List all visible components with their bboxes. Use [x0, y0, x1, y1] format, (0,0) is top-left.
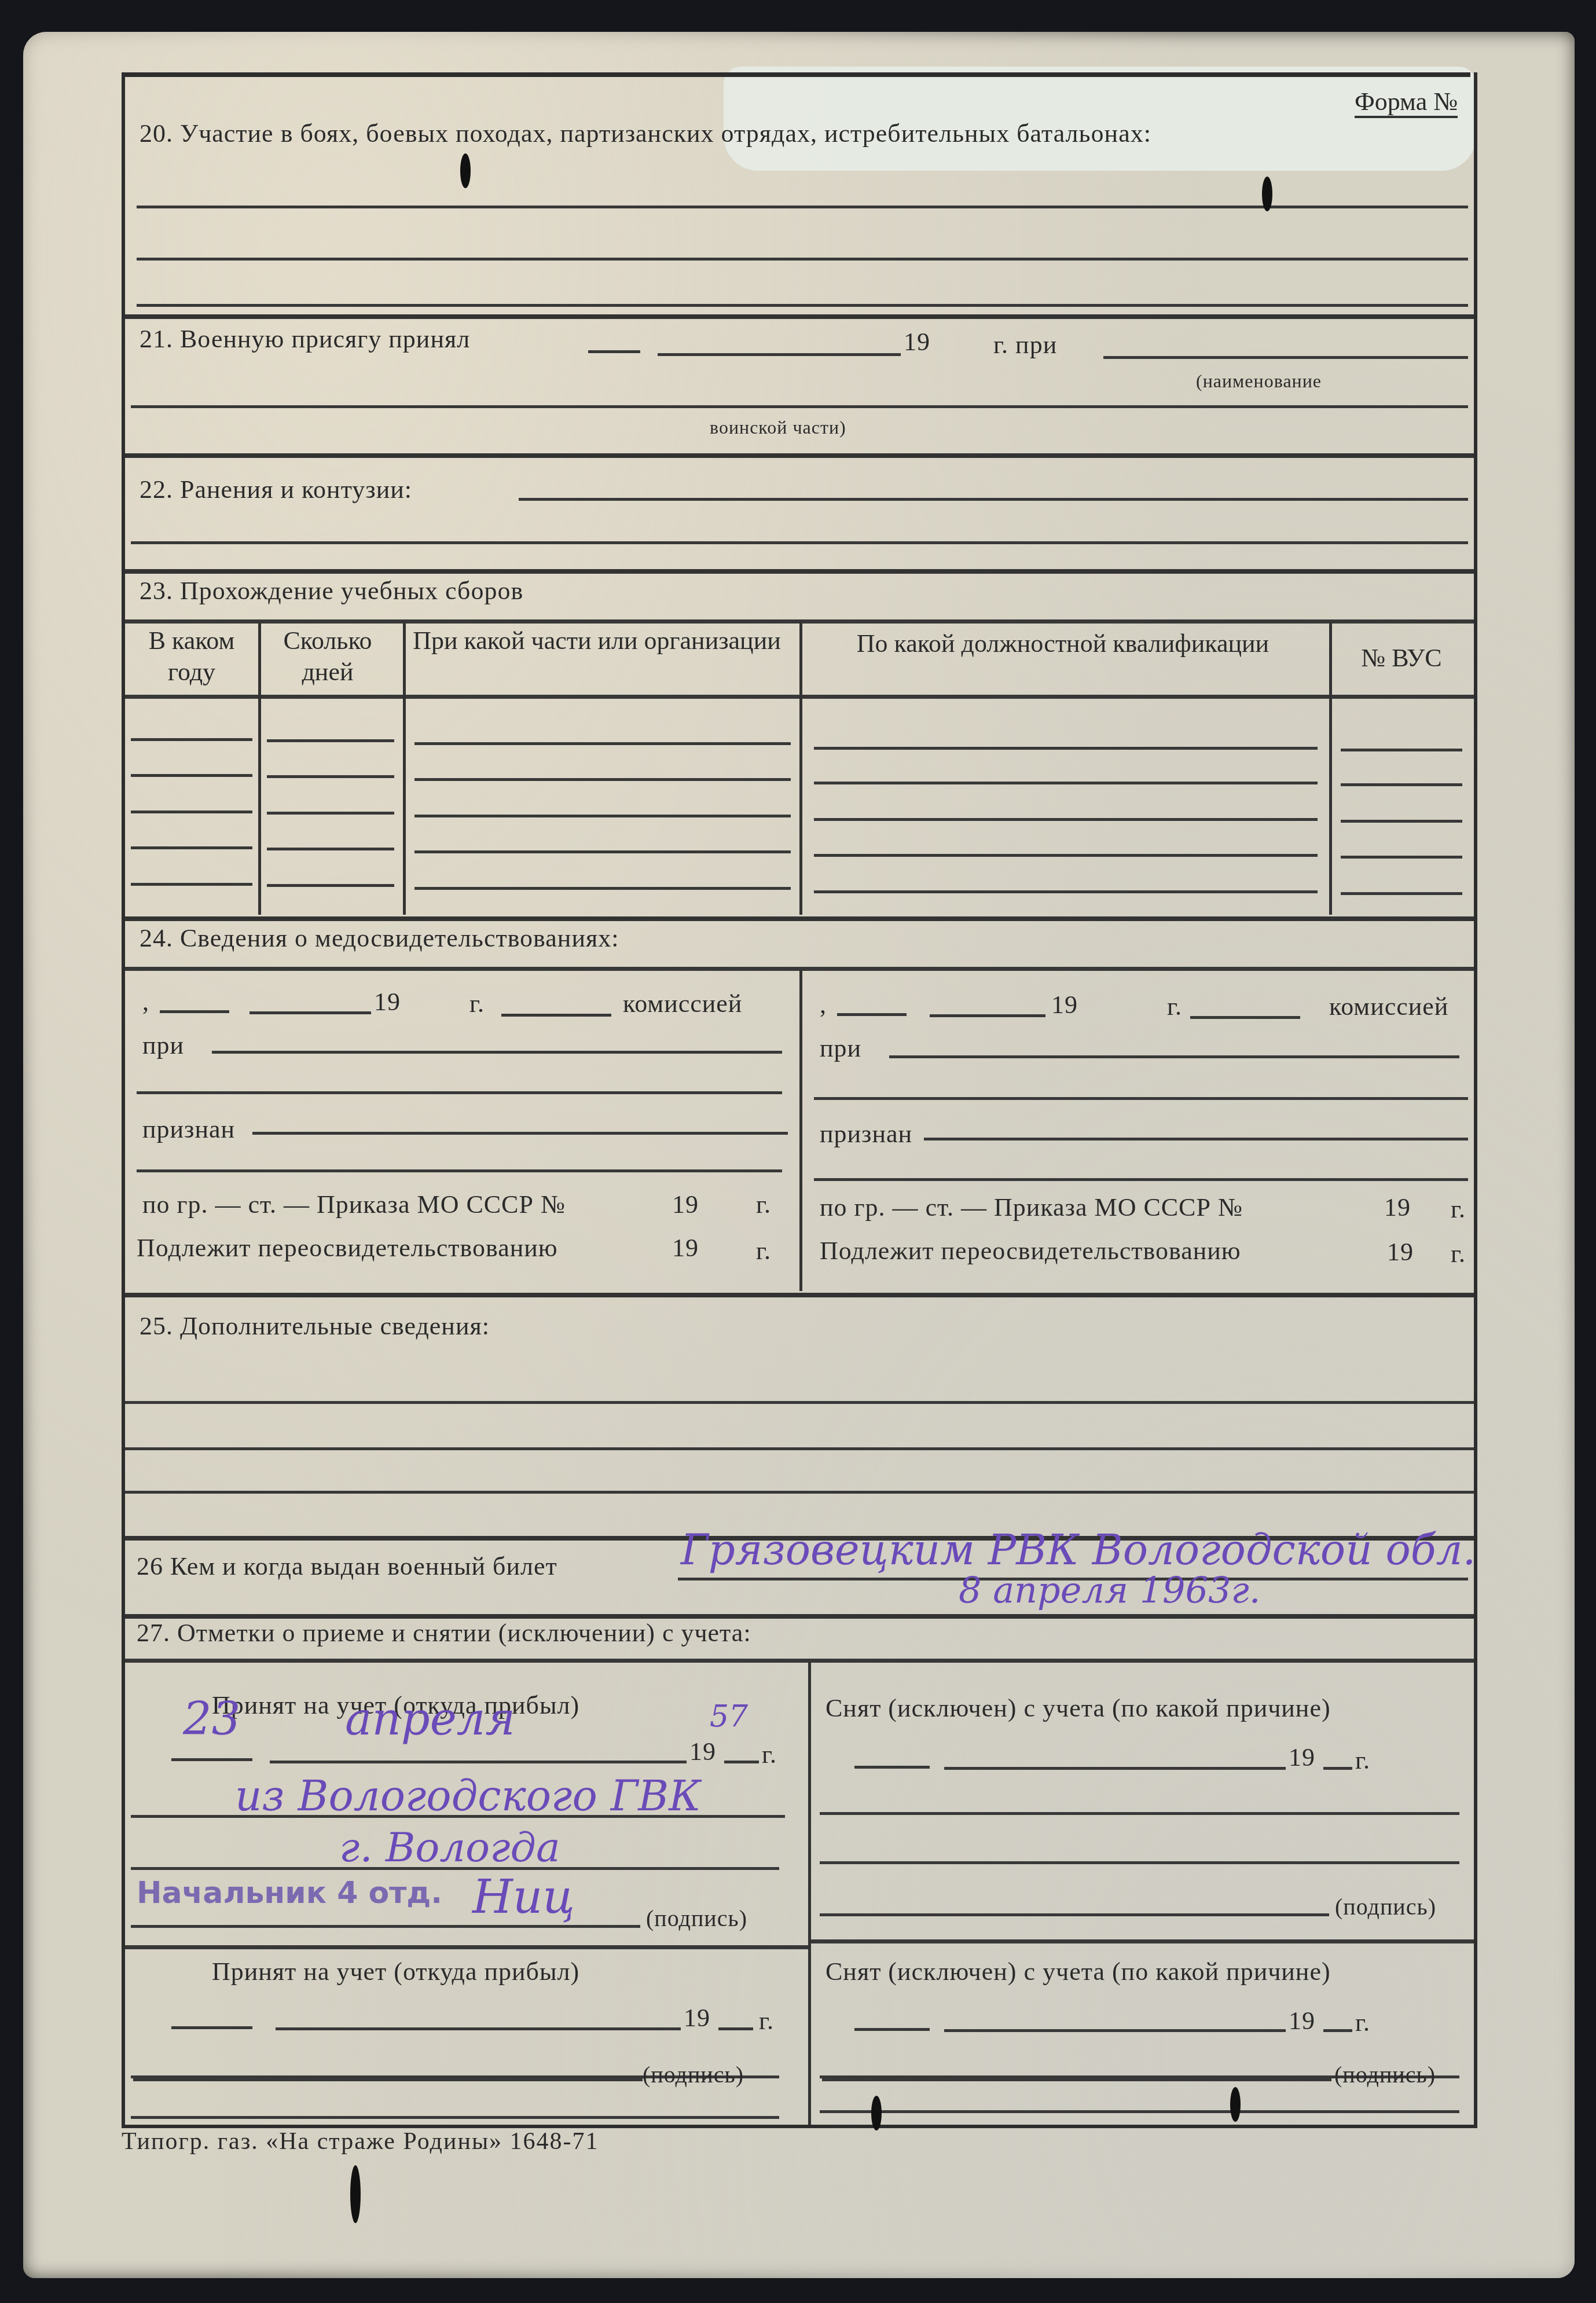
signature-field[interactable] [820, 1913, 1329, 1916]
fill-line[interactable] [131, 1867, 779, 1870]
year-field[interactable] [724, 1761, 759, 1763]
fill-line[interactable] [131, 2116, 779, 2119]
year-suffix: г. [1355, 1745, 1370, 1775]
section-22 [125, 453, 1474, 574]
form-frame: 20. Участие в боях, боевых походах, парт… [122, 72, 1477, 2128]
signature-caption: (подпись) [643, 2061, 744, 2088]
handwritten-month: апреля [345, 1693, 515, 1745]
section-27-title: 27. Отметки о приеме и снятии (исключени… [137, 1618, 751, 1648]
year-suffix: г. [1355, 2008, 1370, 2037]
punch-hole [1230, 2087, 1241, 2122]
accepted-label: Принят на учет (откуда прибыл) [212, 1957, 579, 1986]
year-field[interactable] [718, 2027, 753, 2030]
fill-line[interactable] [820, 1812, 1459, 1815]
section-21 [125, 314, 1474, 458]
signature-field[interactable] [131, 1925, 640, 1928]
col-divider [808, 1662, 811, 2125]
punch-hole [871, 2096, 882, 2130]
year-prefix: 19 [1289, 2006, 1315, 2036]
fill-line[interactable] [131, 1815, 785, 1818]
signature-field[interactable] [133, 2078, 643, 2081]
year-field[interactable] [1323, 2029, 1352, 2032]
divider [125, 1945, 808, 1949]
handwritten-day: 23 [183, 1693, 240, 1745]
punch-hole [1262, 177, 1272, 211]
signature-field[interactable] [822, 2078, 1331, 2081]
day-field[interactable] [171, 1758, 252, 1761]
month-field[interactable] [944, 1767, 1286, 1770]
month-field[interactable] [276, 2027, 681, 2030]
removed-label: Снят (исключен) с учета (по какой причин… [825, 1957, 1331, 1986]
day-field[interactable] [854, 1766, 930, 1769]
printer-imprint: Типогр. газ. «На страже Родины» 1648-71 [122, 2128, 599, 2155]
section-23 [125, 569, 1474, 921]
year-prefix: 19 [684, 2003, 710, 2033]
year-field[interactable] [1323, 1767, 1352, 1770]
divider [125, 1659, 1474, 1663]
month-field[interactable] [270, 1761, 687, 1763]
fill-line[interactable] [820, 1861, 1459, 1864]
removed-label: Снят (исключен) с учета (по какой причин… [825, 1693, 1331, 1723]
divider [811, 1939, 1474, 1943]
handwritten-year: 57 [710, 1699, 748, 1734]
handwritten-origin: из Вологодского ГВК [235, 1772, 701, 1820]
year-suffix: г. [759, 2006, 774, 2036]
section-26 [125, 1536, 1474, 1619]
punch-hole [460, 153, 471, 188]
signature-caption: (подпись) [1334, 2061, 1436, 2088]
punch-hole [350, 2165, 361, 2223]
day-field[interactable] [854, 2028, 930, 2031]
day-field[interactable] [171, 2026, 252, 2029]
signature-caption: (подпись) [1335, 1893, 1436, 1920]
fill-line[interactable] [820, 2110, 1459, 2113]
year-suffix: г. [762, 1740, 777, 1769]
month-field[interactable] [944, 2029, 1286, 2032]
section-24 [125, 916, 1474, 1297]
year-prefix: 19 [689, 1737, 716, 1766]
signature-caption: (подпись) [646, 1905, 747, 1932]
year-prefix: 19 [1289, 1743, 1315, 1772]
section-25 [125, 1293, 1474, 1541]
handwritten-signature: Ниц [472, 1870, 575, 1924]
stamp-chief-dept: Начальник 4 отд. [137, 1876, 442, 1910]
handwritten-city: г. Вологда [339, 1824, 560, 1871]
